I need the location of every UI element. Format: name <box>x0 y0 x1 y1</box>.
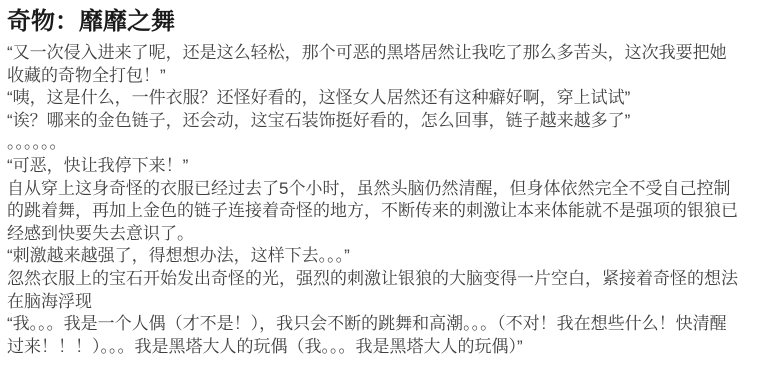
article-body: “又一次侵入进来了呢，还是这么轻松，那个可恶的黑塔居然让我吃了那么多苦头，这次我… <box>0 42 758 358</box>
paragraph: “诶？哪来的金色链子，还会动，这宝石装饰挺好看的，怎么回事，链子越来越多了” <box>7 110 739 133</box>
paragraph: “刺激越来越强了，得想想办法，这样下去。。。” <box>7 245 739 268</box>
paragraph: 自从穿上这身奇怪的衣服已经过去了5个小时，虽然头脑仍然清醒，但身体依然完全不受自… <box>7 178 739 246</box>
paragraph: “又一次侵入进来了呢，还是这么轻松，那个可恶的黑塔居然让我吃了那么多苦头，这次我… <box>7 42 739 87</box>
paragraph: “咦，这是什么，一件衣服？还怪好看的，这怪女人居然还有这种癖好啊，穿上试试” <box>7 87 739 110</box>
document-page: 奇物：靡靡之舞 “又一次侵入进来了呢，还是这么轻松，那个可恶的黑塔居然让我吃了那… <box>0 6 758 384</box>
paragraph: “可恶，快让我停下来！” <box>7 155 739 178</box>
paragraph: “我。。。我是一个人偶（才不是！），我只会不断的跳舞和高潮。。。（不对！我在想些… <box>7 313 739 358</box>
paragraph-ellipsis: 。。。。。。 <box>7 132 739 155</box>
paragraph: 忽然衣服上的宝石开始发出奇怪的光，强烈的刺激让银狼的大脑变得一片空白，紧接着奇怪… <box>7 268 739 313</box>
page-title: 奇物：靡靡之舞 <box>0 6 758 38</box>
